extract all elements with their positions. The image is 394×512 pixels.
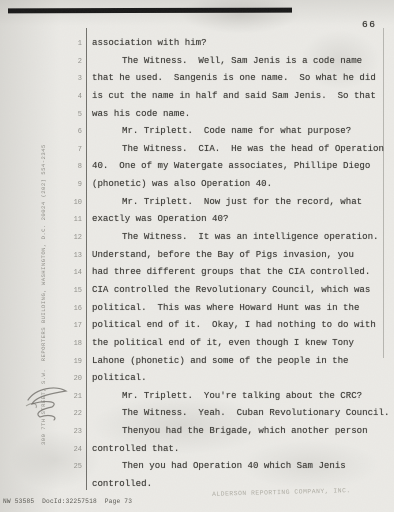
transcript-line: 25Then you had Operation 40 which Sam Je… [0,460,394,478]
line-text: (phonetic) was also Operation 40. [92,178,272,189]
transcript-line: 23Thenyou had the Brigade, which another… [0,425,394,443]
line-number: 12 [60,234,82,242]
transcript-line: 19Lahone (phonetic) and some of the peop… [0,355,394,373]
line-text: Mr. Triplett. Code name for what purpose… [122,125,351,136]
transcript-line: 840. One of my Watergate associates, Phi… [0,160,394,178]
transcript-line: 14had three different groups that the CI… [0,266,394,284]
margin-scribble [24,380,70,424]
scan-artifact-bar [8,8,292,14]
line-number: 17 [60,322,82,330]
line-number: 18 [60,340,82,348]
line-text: The Witness. Yeah. Cuban Revolutionary C… [122,407,389,418]
transcript-line: 12The Witness. It was an intelligence op… [0,231,394,249]
line-number: 10 [60,199,82,207]
line-number: 25 [60,463,82,471]
scanned-transcript-page: 66 300 7TH STREET, S.W. REPORTERS BUILDI… [0,0,394,512]
line-text: association with him? [92,37,207,48]
line-number: 2 [60,58,82,66]
line-text: Mr. Triplett. You're talking about the C… [122,390,362,401]
line-number: 6 [60,128,82,136]
line-number: 14 [60,269,82,277]
line-text: The Witness. Well, Sam Jenis is a code n… [122,55,362,66]
page-number: 66 [362,19,376,30]
line-number: 15 [60,287,82,295]
line-text: is cut the name in half and said Sam Jen… [92,90,376,101]
transcript-line: 6Mr. Triplett. Code name for what purpos… [0,125,394,143]
line-number: 1 [60,40,82,48]
line-number: 16 [60,305,82,313]
line-text: Thenyou had the Brigade, which another p… [122,425,368,436]
line-text: political. This was where Howard Hunt wa… [92,302,359,313]
line-number: 4 [60,93,82,101]
transcript-line: 2The Witness. Well, Sam Jenis is a code … [0,55,394,73]
line-number: 19 [60,358,82,366]
line-text: political. [92,372,147,383]
line-number: 11 [60,216,82,224]
line-text: The Witness. It was an intelligence oper… [122,231,379,242]
line-text: exactly was Operation 40? [92,213,228,224]
line-text: the political end of it, even though I k… [92,337,354,348]
line-text: CIA controlled the Revolutionary Council… [92,284,370,295]
line-text: The Witness. CIA. He was the head of Ope… [122,143,384,154]
line-number: 13 [60,252,82,260]
line-text: 40. One of my Watergate associates, Phil… [92,160,370,171]
line-text: Understand, before the Bay of Pigs invas… [92,249,354,260]
line-number: 24 [60,446,82,454]
line-text: Then you had Operation 40 which Sam Jeni… [122,460,346,471]
transcript-line: 9(phonetic) was also Operation 40. [0,178,394,196]
line-number: 7 [60,146,82,154]
line-text: that he used. Sangenis is one name. So w… [92,72,376,83]
line-number: 8 [60,163,82,171]
transcript-line: 24controlled that. [0,443,394,461]
line-number: 5 [60,111,82,119]
line-text: was his code name. [92,108,190,119]
line-text: controlled. [92,478,152,489]
line-text: Lahone (phonetic) and some of the people… [92,355,349,366]
transcript-line: 18the political end of it, even though I… [0,337,394,355]
line-number: 9 [60,181,82,189]
line-text: had three different groups that the CIA … [92,266,370,277]
transcript-line: 13Understand, before the Bay of Pigs inv… [0,249,394,267]
line-text: Mr. Triplett. Now just for the record, w… [122,196,362,207]
archive-footer-stamp: NW 53585 DocId:32257518 Page 73 [3,498,132,505]
transcript-line: 17political end of it. Okay, I had nothi… [0,319,394,337]
transcript-line: 11exactly was Operation 40? [0,213,394,231]
transcript-line: 16political. This was where Howard Hunt … [0,302,394,320]
transcript-lines: 1association with him?2The Witness. Well… [0,37,394,496]
transcript-line: 4is cut the name in half and said Sam Je… [0,90,394,108]
transcript-line: 10Mr. Triplett. Now just for the record,… [0,196,394,214]
line-number: 3 [60,75,82,83]
transcript-line: 5was his code name. [0,108,394,126]
transcript-line: 15CIA controlled the Revolutionary Counc… [0,284,394,302]
line-text: controlled that. [92,443,179,454]
transcript-line: 1association with him? [0,37,394,55]
transcript-line: 3that he used. Sangenis is one name. So … [0,72,394,90]
transcript-line: 7The Witness. CIA. He was the head of Op… [0,143,394,161]
line-text: political end of it. Okay, I had nothing… [92,319,376,330]
line-number: 23 [60,428,82,436]
